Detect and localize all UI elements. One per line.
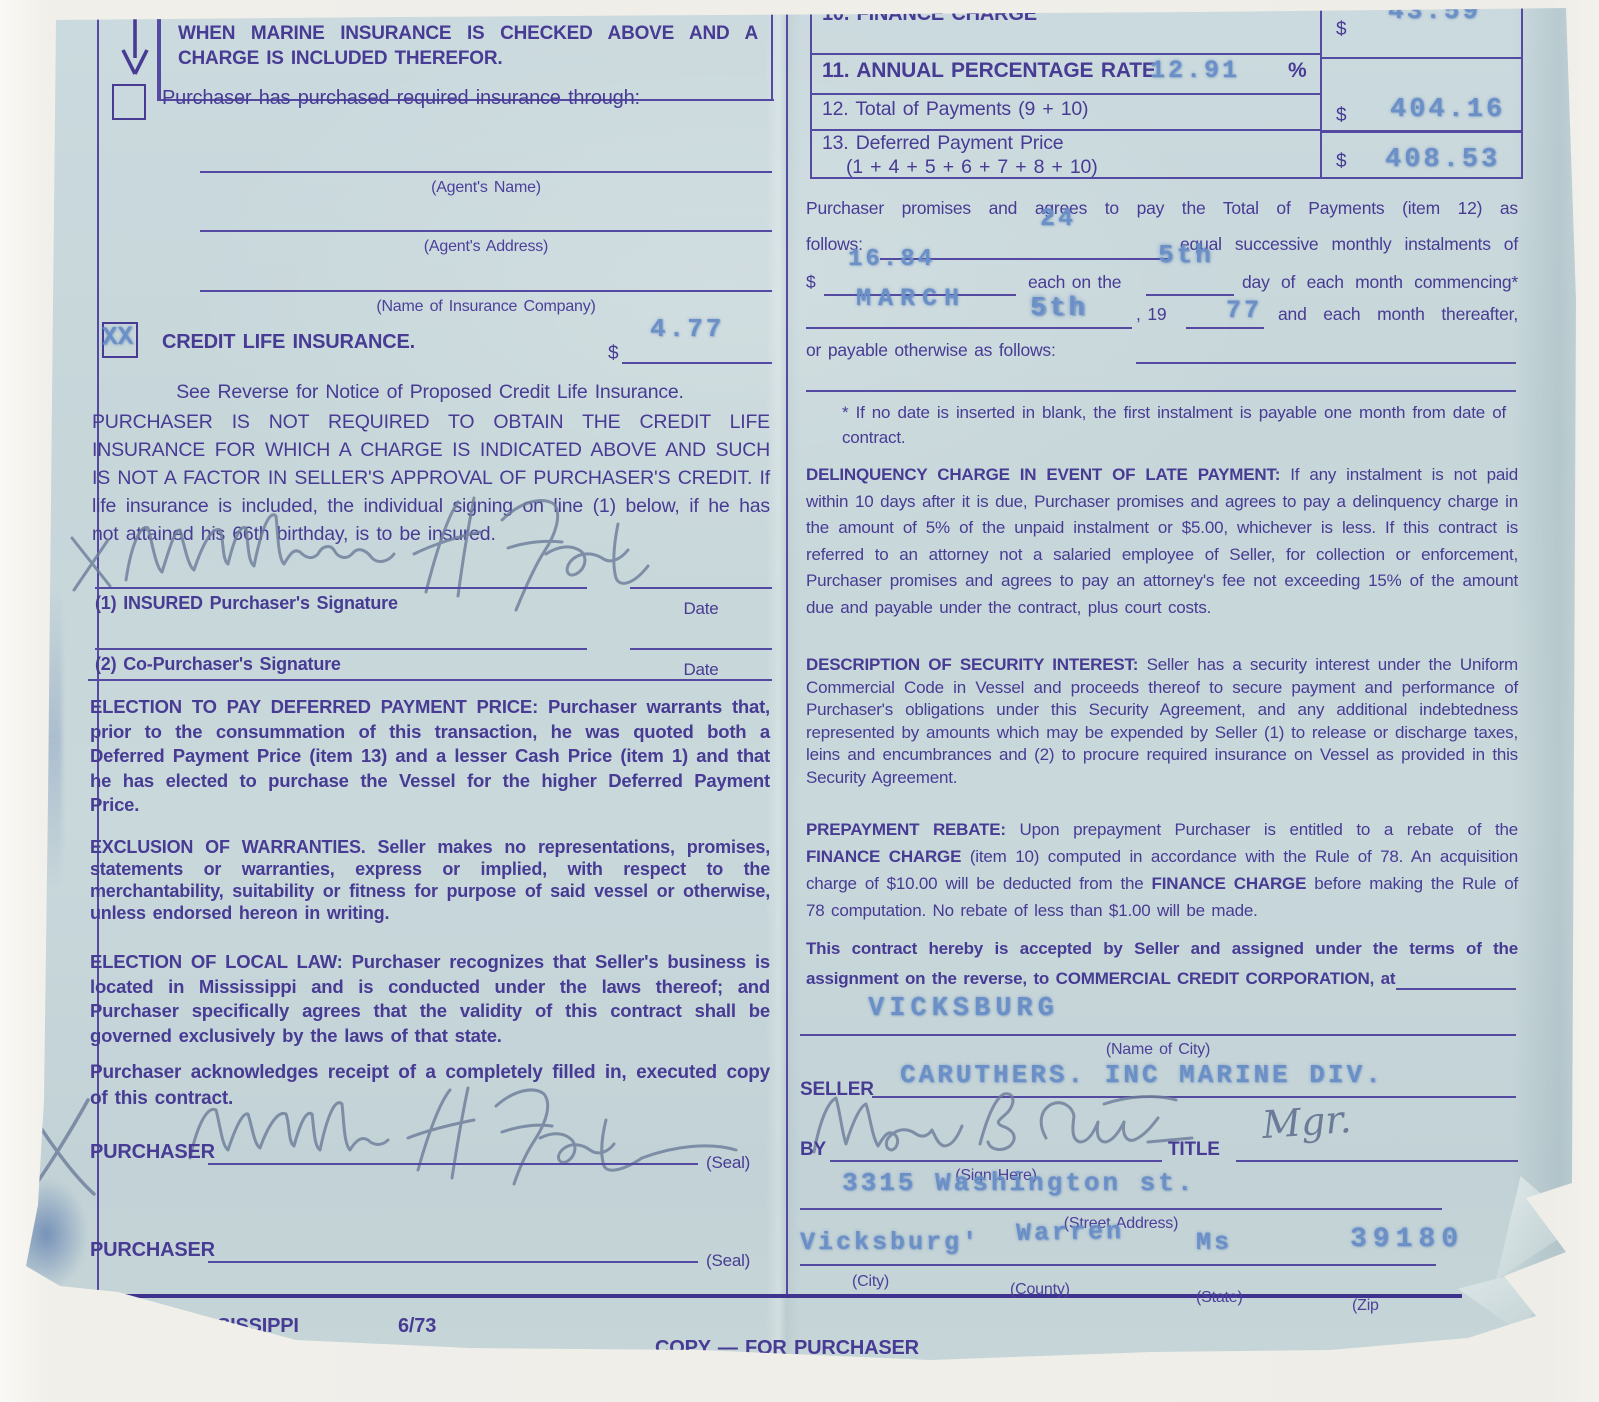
- payable-otherwise-label: or payable otherwise as follows:: [806, 340, 1056, 362]
- name-of-city-caption: (Name of City): [800, 1040, 1516, 1060]
- zip-caption: (Zip: [1352, 1296, 1379, 1316]
- state-caption: (State): [1196, 1288, 1243, 1308]
- footer-form-date: 6/73: [398, 1314, 436, 1339]
- purchased-insurance-checkbox: [112, 84, 146, 120]
- total-payments-label: 12. Total of Payments (9 + 10): [822, 97, 1088, 121]
- purchaser-seal-line-1: [208, 1163, 698, 1165]
- corner-fold-2: [1458, 1260, 1570, 1332]
- section-rule: [88, 679, 772, 681]
- agent-address-caption: (Agent's Address): [200, 237, 772, 257]
- county-fill: Warren: [1016, 1217, 1125, 1248]
- purchaser-label-2: PURCHASER: [90, 1238, 215, 1263]
- down-arrow-icon: [116, 14, 154, 78]
- credit-life-xx-mark: XX: [101, 321, 133, 352]
- credit-life-label: CREDIT LIFE INSURANCE.: [162, 330, 415, 355]
- thereafter-label: and each month thereafter,: [1278, 304, 1518, 326]
- city-caption: (City): [852, 1272, 889, 1292]
- prepayment-rebate-paragraph: PREPAYMENT REBATE: Upon prepayment Purch…: [806, 816, 1518, 924]
- equal-instalments-label: equal successive monthly instalments of: [1180, 234, 1518, 256]
- name-of-city-line: [800, 1034, 1516, 1036]
- month-fill: MARCH: [856, 284, 966, 313]
- note-box-right-edge: [771, 12, 773, 100]
- bottom-heavy-rule: [90, 1294, 1462, 1298]
- street-fill: 3315 Washington st.: [842, 1168, 1195, 1198]
- title-fill-handwritten: Mgr.: [1261, 1097, 1353, 1147]
- apr-label: 11. ANNUAL PERCENTAGE RATE: [822, 58, 1156, 84]
- insured-date-line: [630, 587, 772, 589]
- total-payments-value: 404.16: [1390, 95, 1505, 125]
- purchased-insurance-label: Purchaser has purchased required insuran…: [162, 86, 640, 111]
- day-fill: 5th: [1158, 240, 1214, 270]
- total-payments-currency: $: [1336, 104, 1346, 128]
- zip-fill: 39180: [1350, 1224, 1464, 1255]
- year-line: [1186, 327, 1264, 329]
- table-row10-value-bottom: [1320, 57, 1523, 59]
- co-purchaser-date-label: Date: [630, 659, 772, 680]
- election-local-law-paragraph: ELECTION OF LOCAL LAW: Purchaser recogni…: [90, 950, 770, 1048]
- cut-off-top-text: FOR LIMITS DESCRIBED HEREIN: [330, 0, 617, 21]
- instalment-currency: $: [806, 272, 816, 294]
- footer-form-state: MISSISSIPPI: [182, 1314, 299, 1339]
- city-fill: Vicksburg': [800, 1228, 980, 1257]
- month-day-fill: 5th: [1030, 294, 1088, 324]
- city-stamp-fill: VICKSBURG: [868, 994, 1059, 1024]
- deferred-price-value: 408.53: [1385, 145, 1500, 175]
- insured-date-label: Date: [630, 598, 772, 619]
- table-value-divider: [1320, 6, 1322, 178]
- instalment-amount-fill: 16.84: [848, 246, 935, 273]
- co-purchaser-date-line: [630, 648, 772, 650]
- security-interest-paragraph: DESCRIPTION OF SECURITY INTEREST: Seller…: [806, 654, 1518, 789]
- by-signature-line: [830, 1160, 1162, 1162]
- instalment-count-fill: 24: [1040, 204, 1076, 233]
- apr-percent: %: [1288, 58, 1306, 84]
- year-fill: 77: [1226, 296, 1262, 325]
- footer-copy-label: COPY — FOR PURCHASER: [655, 1336, 919, 1361]
- credit-life-amount-line: [622, 362, 772, 364]
- marine-note-text: WHEN MARINE INSURANCE IS CHECKED ABOVE A…: [178, 21, 758, 71]
- table-row12-value-bottom: [1320, 130, 1523, 133]
- city-county-state-line: [800, 1264, 1436, 1266]
- purchaser-label-1: PURCHASER: [90, 1140, 215, 1165]
- seal-caption-2: (Seal): [706, 1250, 750, 1271]
- note-box-left-edge: [157, 12, 161, 100]
- insurance-company-line: [200, 290, 772, 292]
- commencing-label: day of each month commencing*: [1242, 272, 1518, 294]
- seal-caption-1: (Seal): [706, 1152, 750, 1173]
- finance-charge-label: 10. FINANCE CHARGE: [822, 2, 1037, 27]
- column-divider: [786, 10, 788, 1294]
- finance-charge-currency: $: [1336, 18, 1346, 42]
- delinquency-paragraph: DELINQUENCY CHARGE IN EVENT OF LATE PAYM…: [806, 462, 1518, 621]
- commencing-date-line: [806, 327, 1132, 329]
- deferred-price-label: 13. Deferred Payment Price: [822, 131, 1063, 155]
- title-label: TITLE: [1168, 1138, 1220, 1162]
- credit-life-currency: $: [608, 342, 618, 366]
- table-right-border: [1521, 6, 1523, 178]
- scanned-contract-page: FOR LIMITS DESCRIBED HEREIN WHEN MARINE …: [0, 0, 1599, 1402]
- table-row11-bottom: [810, 93, 1322, 95]
- deferred-price-currency: $: [1336, 150, 1346, 174]
- election-deferred-paragraph: ELECTION TO PAY DEFERRED PAYMENT PRICE: …: [90, 695, 770, 818]
- exclusion-warranties-paragraph: EXCLUSION OF WARRANTIES. Seller makes no…: [90, 836, 770, 924]
- state-fill: Ms: [1196, 1228, 1232, 1257]
- co-purchaser-signature-line: [95, 648, 587, 650]
- see-reverse-note: See Reverse for Notice of Proposed Credi…: [92, 380, 768, 404]
- co-purchaser-signature-label: (2) Co-Purchaser's Signature: [95, 653, 341, 676]
- insured-signature-line: [95, 587, 587, 589]
- by-label: BY: [800, 1138, 826, 1162]
- agent-address-line: [200, 230, 772, 232]
- table-row10-bottom: [810, 53, 1322, 55]
- finance-charge-value: 43.59: [1388, 0, 1481, 26]
- day-line: [1146, 294, 1234, 296]
- acceptance-city-line: [1396, 988, 1516, 990]
- credit-life-amount: 4.77: [650, 314, 724, 344]
- purchaser-signature: [150, 1062, 750, 1192]
- title-line: [1236, 1160, 1518, 1162]
- edge-smudge: [40, 590, 62, 890]
- agent-name-caption: (Agent's Name): [200, 178, 772, 198]
- table-left-border: [810, 6, 812, 178]
- purchaser-seal-line-2: [208, 1261, 698, 1263]
- corner-fold: [1496, 1176, 1578, 1280]
- street-address-line: [800, 1208, 1442, 1210]
- acceptance-paragraph: This contract hereby is accepted by Sell…: [806, 934, 1518, 994]
- insured-signature-label: (1) INSURED Purchaser's Signature: [95, 592, 398, 615]
- footnote-text: * If no date is inserted in blank, the f…: [842, 400, 1506, 450]
- payable-otherwise-line-1: [1136, 362, 1516, 364]
- agent-name-line: [200, 171, 772, 173]
- promise-line1: Purchaser promises and agrees to pay the…: [806, 198, 1518, 220]
- year-label: , 19: [1136, 304, 1166, 326]
- each-on-label: each on the: [1028, 272, 1121, 294]
- apr-value: 12.91: [1150, 56, 1240, 85]
- deferred-price-formula: (1 + 4 + 5 + 6 + 7 + 8 + 10): [846, 155, 1098, 179]
- payable-otherwise-line-2: [806, 390, 1516, 392]
- county-caption: (County): [1010, 1280, 1070, 1300]
